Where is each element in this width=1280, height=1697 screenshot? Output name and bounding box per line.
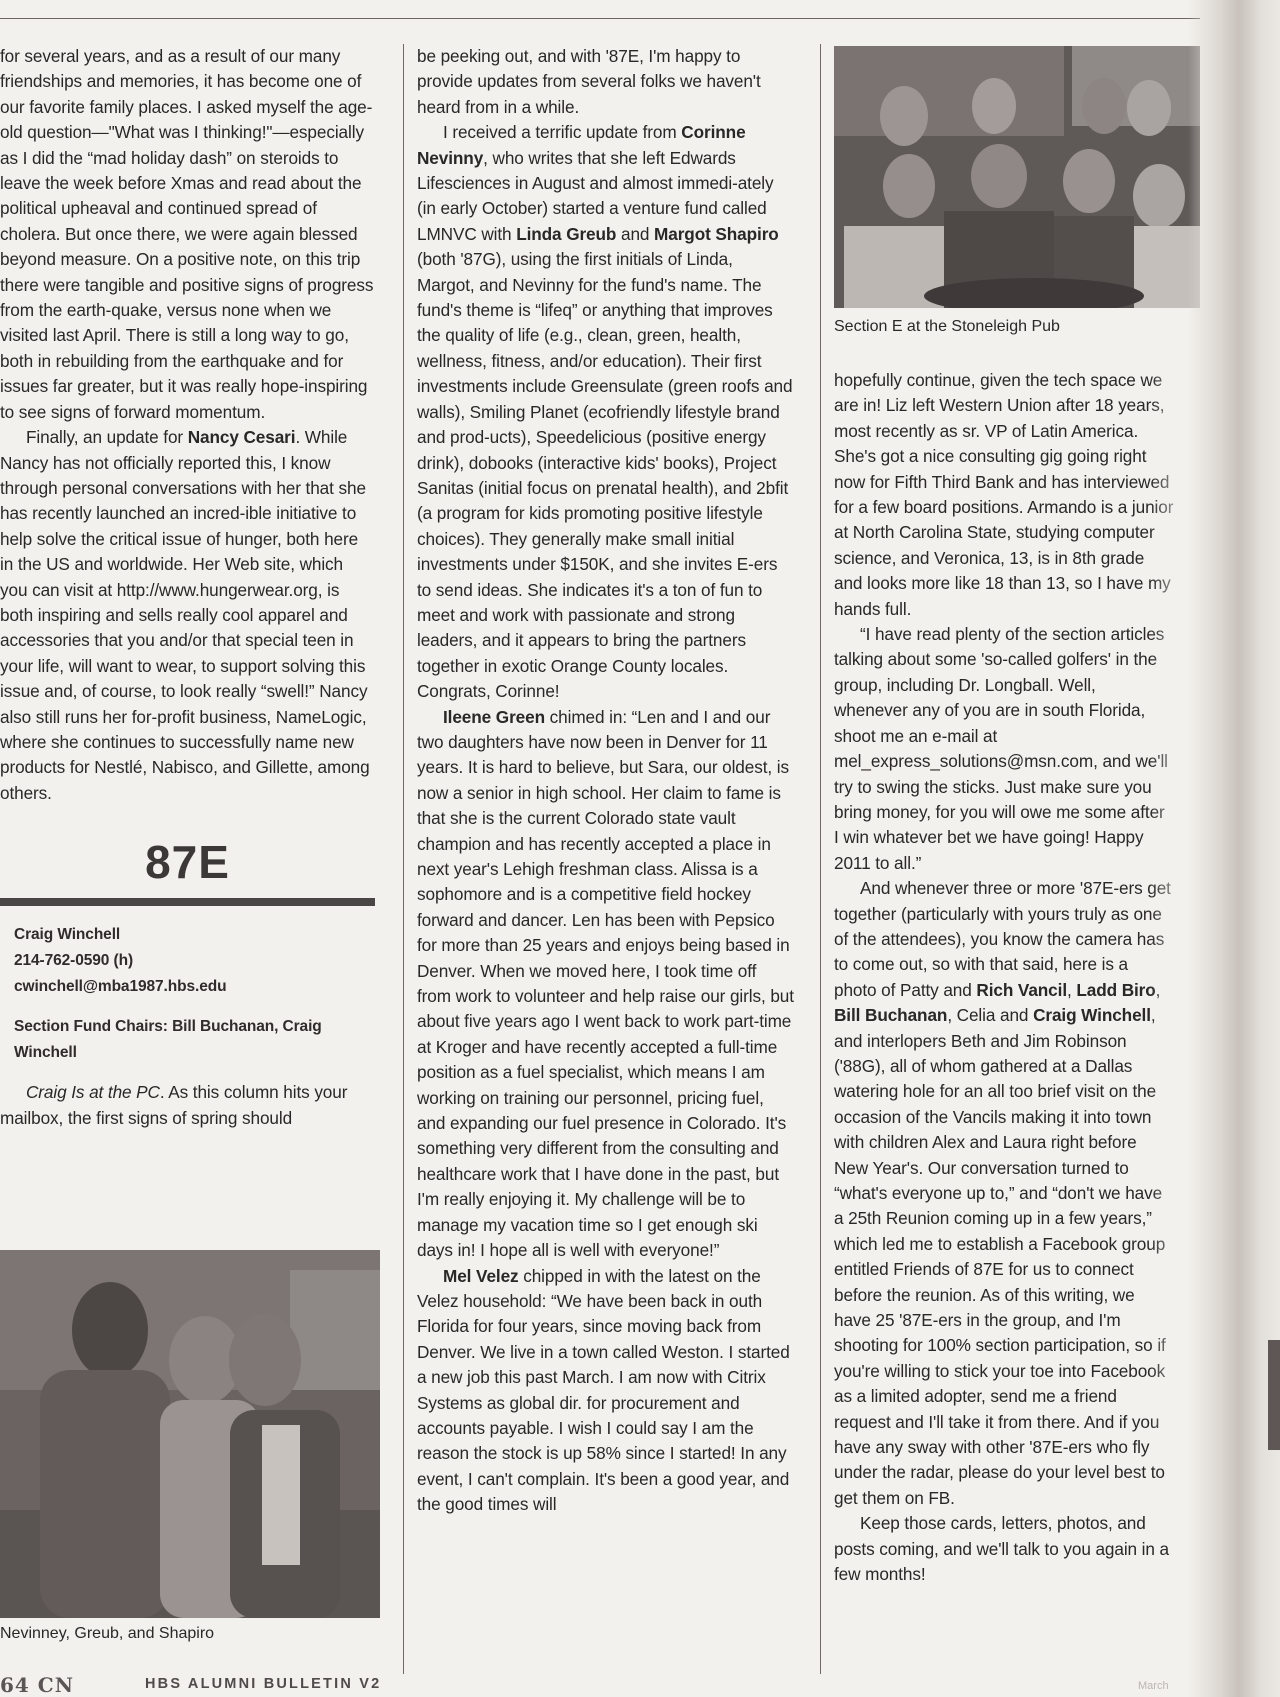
adjacent-page-edge xyxy=(1268,1340,1280,1450)
contact-email[interactable]: cwinchell@mba1987.hbs.edu xyxy=(14,974,375,1000)
contact-phone: 214-762-0590 (h) xyxy=(14,948,375,974)
paragraph-golf: “I have read plenty of the section artic… xyxy=(834,622,1174,876)
name-mel-velez: Mel Velez xyxy=(443,1266,519,1286)
section-divider-bar xyxy=(0,898,375,906)
column-2: be peeking out, and with '87E, I'm happy… xyxy=(417,44,794,1518)
column-3: hopefully continue, given the tech space… xyxy=(834,368,1174,1588)
bleed-through-text: March xyxy=(1138,1680,1169,1692)
column-1: for several years, and as a result of ou… xyxy=(0,44,375,1131)
paragraph-nancy: Finally, an update for Nancy Cesari. Whi… xyxy=(0,425,375,806)
contact-name: Craig Winchell xyxy=(14,922,375,948)
name-linda-greub: Linda Greub xyxy=(516,224,616,244)
top-rule xyxy=(0,18,1200,19)
name-nancy-cesari: Nancy Cesari xyxy=(188,427,296,447)
column-divider-2 xyxy=(820,44,821,1674)
section-heading: 87E xyxy=(0,834,375,890)
name-rich-vancil: Rich Vancil xyxy=(976,980,1067,1000)
photo-section-e-stoneleigh xyxy=(834,46,1200,308)
photo-caption-right: Section E at the Stoneleigh Pub xyxy=(834,318,1060,336)
pub-photo-image xyxy=(834,46,1200,308)
name-bill-buchanan: Bill Buchanan xyxy=(834,1005,947,1025)
paragraph-mel: Mel Velez chipped in with the latest on … xyxy=(417,1264,794,1518)
page-number: 64 CN xyxy=(0,1673,74,1697)
paragraph-velez-cont: hopefully continue, given the tech space… xyxy=(834,368,1174,622)
page-curve-fade xyxy=(1150,360,1190,1460)
paragraph-ileene: Ileene Green chimed in: “Len and I and o… xyxy=(417,705,794,1264)
publication-title: HBS ALUMNI BULLETIN V2 xyxy=(145,1676,381,1692)
group-photo-image xyxy=(0,1250,380,1618)
paragraph-haiti: for several years, and as a result of ou… xyxy=(0,44,375,425)
paragraph-intro: Craig Is at the PC. As this column hits … xyxy=(0,1080,375,1131)
secretary-contact: Craig Winchell 214-762-0590 (h) cwinchel… xyxy=(0,922,375,1000)
photo-nevinney-greub-shapiro xyxy=(0,1250,380,1618)
paragraph-closing: Keep those cards, letters, photos, and p… xyxy=(834,1511,1174,1587)
fund-chairs: Section Fund Chairs: Bill Buchanan, Crai… xyxy=(0,1014,375,1066)
name-ileene-green: Ileene Green xyxy=(443,707,545,727)
column-divider-1 xyxy=(403,44,404,1674)
name-margot-shapiro: Margot Shapiro xyxy=(654,224,779,244)
paragraph-intro-cont: be peeking out, and with '87E, I'm happy… xyxy=(417,44,794,120)
paragraph-dallas: And whenever three or more '87E-ers get … xyxy=(834,876,1174,1511)
name-ladd-biro: Ladd Biro xyxy=(1076,980,1155,1000)
paragraph-corinne: I received a terrific update from Corinn… xyxy=(417,120,794,704)
book-spine-shadow xyxy=(1188,0,1280,1697)
photo-caption-left: Nevinney, Greub, and Shapiro xyxy=(0,1625,214,1643)
name-craig-winchell: Craig Winchell xyxy=(1033,1005,1151,1025)
